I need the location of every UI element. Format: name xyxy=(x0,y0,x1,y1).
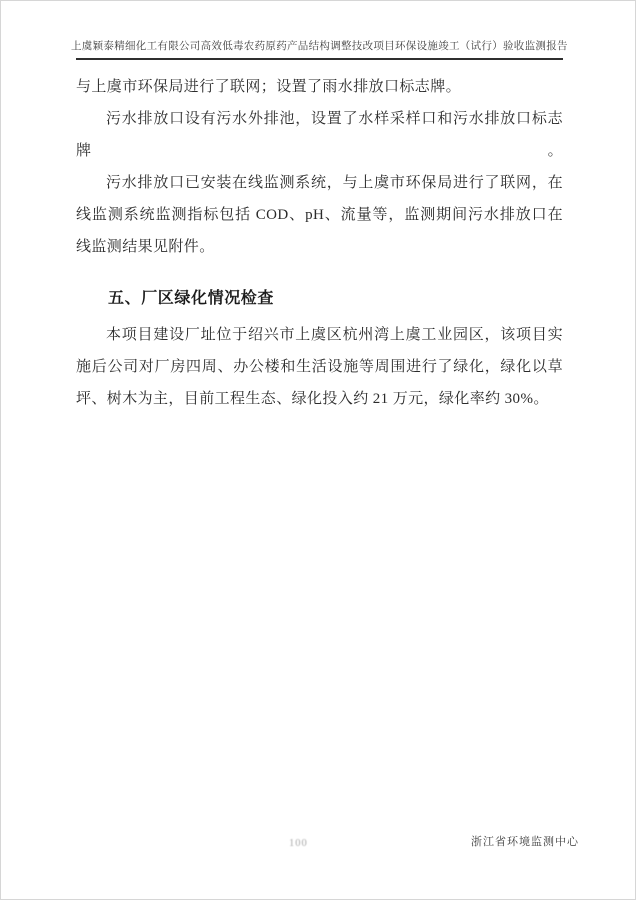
paragraph-sewage-network: 与上虞市环保局进行了联网；设置了雨水排放口标志牌。 xyxy=(76,71,563,103)
page-number: 100 xyxy=(289,836,308,852)
running-header-text: 上虞颖泰精细化工有限公司高效低毒农药原药产品结构调整技改项目环保设施竣工（试行）… xyxy=(71,41,567,52)
paragraph-outfall-signage: 污水排放口设有污水外排池，设置了水样采样口和污水排放口标志牌。 xyxy=(76,103,563,167)
section-heading-greening-inspection: 五、厂区绿化情况检查 xyxy=(76,283,563,315)
header-rule-divider xyxy=(76,58,563,60)
paragraph-online-monitoring: 污水排放口已安装在线监测系统，与上虞市环保局进行了联网，在线监测系统监测指标包括… xyxy=(76,167,563,263)
page-footer: 100 浙江省环境监测中心 xyxy=(1,834,636,854)
running-header: 上虞颖泰精细化工有限公司高效低毒农药原药产品结构调整技改项目环保设施竣工（试行）… xyxy=(71,40,567,54)
document-page: 上虞颖泰精细化工有限公司高效低毒农药原药产品结构调整技改项目环保设施竣工（试行）… xyxy=(0,0,636,900)
document-body: 与上虞市环保局进行了联网；设置了雨水排放口标志牌。 污水排放口设有污水外排池，设… xyxy=(76,71,563,415)
paragraph-greening-details: 本项目建设厂址位于绍兴市上虞区杭州湾上虞工业园区，该项目实施后公司对厂房四周、办… xyxy=(76,319,563,415)
footer-organization: 浙江省环境监测中心 xyxy=(471,834,579,850)
